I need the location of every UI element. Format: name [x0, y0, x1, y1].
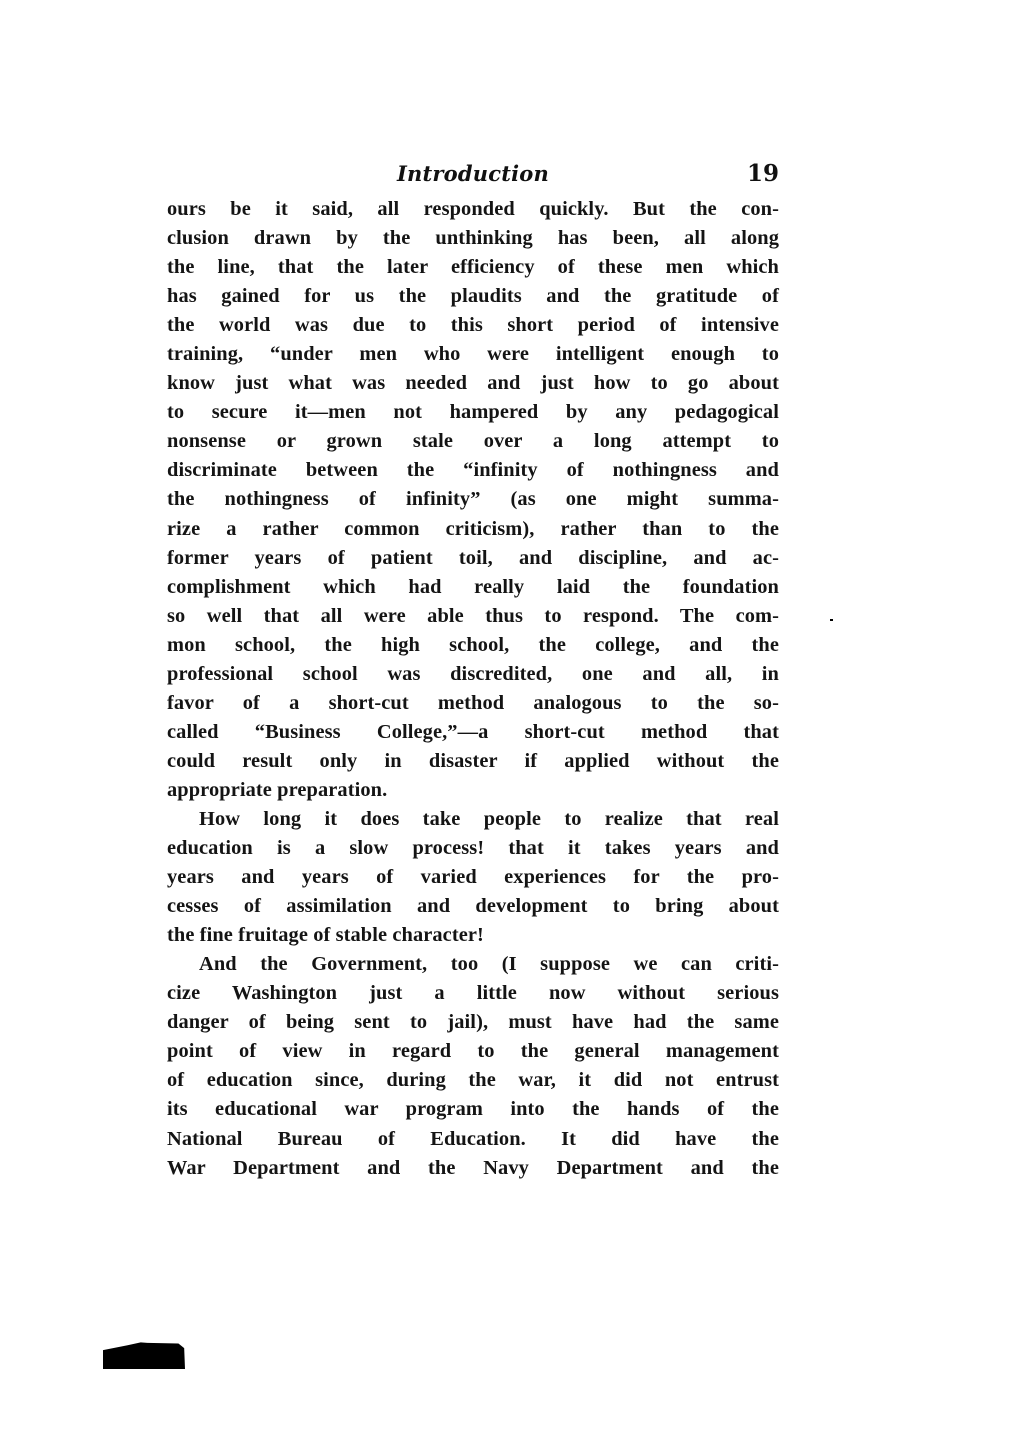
running-head: Introduction 19: [167, 160, 779, 190]
text-line: appropriate preparation.: [167, 776, 779, 805]
text-line: years and years of varied experiences fo…: [167, 863, 779, 892]
text-line: And the Government, too (I suppose we ca…: [167, 950, 779, 979]
text-line: the nothingness of infinity” (as one mig…: [167, 485, 779, 514]
text-line: the world was due to this short period o…: [167, 311, 779, 340]
text-line: called “Business College,”—a short-cut m…: [167, 718, 779, 747]
text-line: so well that all were able thus to respo…: [167, 602, 779, 631]
text-line: cesses of assimilation and development t…: [167, 892, 779, 921]
scan-ink-blot: [103, 1340, 185, 1369]
text-line: the line, that the later efficiency of t…: [167, 253, 779, 282]
running-title: Introduction: [167, 160, 779, 188]
page-number: 19: [747, 160, 779, 188]
text-line: discriminate between the “infinity of no…: [167, 456, 779, 485]
paragraph-2: How long it does take people to realize …: [167, 805, 779, 950]
text-line: cize Washington just a little now withou…: [167, 979, 779, 1008]
text-line: could result only in disaster if applied…: [167, 747, 779, 776]
text-line: complishment which had really laid the f…: [167, 573, 779, 602]
paragraph-1: ours be it said, all responded quickly. …: [167, 195, 779, 805]
text-line: education is a slow process! that it tak…: [167, 834, 779, 863]
text-line: How long it does take people to realize …: [167, 805, 779, 834]
text-line: danger of being sent to jail), must have…: [167, 1008, 779, 1037]
text-line: War Department and the Navy Department a…: [167, 1154, 779, 1183]
paragraph-3: And the Government, too (I suppose we ca…: [167, 950, 779, 1182]
text-line: former years of patient toil, and discip…: [167, 544, 779, 573]
text-line: of education since, during the war, it d…: [167, 1066, 779, 1095]
scanned-book-page: Introduction 19 ours be it said, all res…: [0, 0, 1010, 1454]
text-line: nonsense or grown stale over a long atte…: [167, 427, 779, 456]
text-line: mon school, the high school, the college…: [167, 631, 779, 660]
text-line: know just what was needed and just how t…: [167, 369, 779, 398]
text-line: rize a rather common criticism), rather …: [167, 515, 779, 544]
text-line: favor of a short-cut method analogous to…: [167, 689, 779, 718]
text-line: training, “under men who were intelligen…: [167, 340, 779, 369]
text-line: has gained for us the plaudits and the g…: [167, 282, 779, 311]
text-line: National Bureau of Education. It did hav…: [167, 1125, 779, 1154]
scan-speck: [830, 619, 833, 621]
text-line: point of view in regard to the general m…: [167, 1037, 779, 1066]
body-text: ours be it said, all responded quickly. …: [167, 195, 779, 1183]
text-line: to secure it—men not hampered by any ped…: [167, 398, 779, 427]
text-line: clusion drawn by the unthinking has been…: [167, 224, 779, 253]
text-line: its educational war program into the han…: [167, 1095, 779, 1124]
text-line: the fine fruitage of stable character!: [167, 921, 779, 950]
text-line: professional school was discredited, one…: [167, 660, 779, 689]
text-line: ours be it said, all responded quickly. …: [167, 195, 779, 224]
